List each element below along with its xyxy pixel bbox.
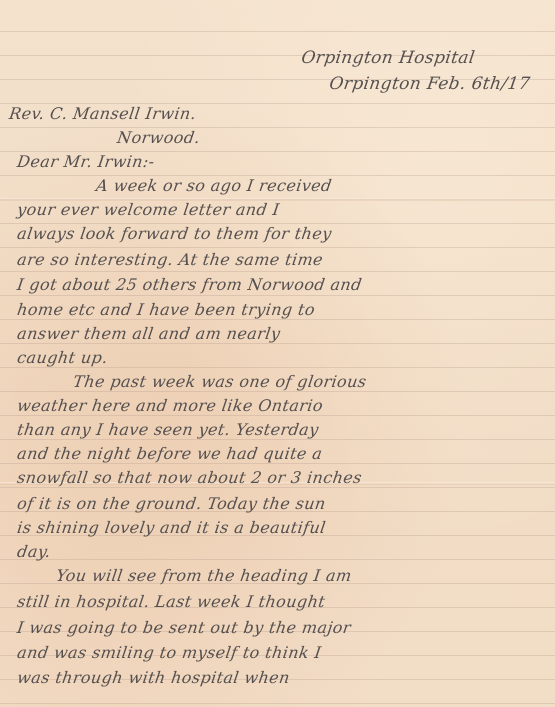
letter-line: answer them all and am nearly xyxy=(16,324,282,343)
letter-line: The past week was one of glorious xyxy=(72,372,368,391)
letter-line: I got about 25 others from Norwood and xyxy=(16,275,363,294)
letter-line: and the night before we had quite a xyxy=(16,444,324,463)
letter-line: caught up. xyxy=(16,348,109,367)
letter-heading-place: Orpington Hospital xyxy=(300,48,476,68)
letter-line: I was going to be sent out by the major xyxy=(16,618,352,637)
letter-heading-date: Orpington Feb. 6th/17 xyxy=(328,74,531,94)
recipient-name: Rev. C. Mansell Irwin. xyxy=(8,104,198,123)
letter-line: A week or so ago I received xyxy=(95,176,333,195)
letter-line: your ever welcome letter and I xyxy=(16,200,281,219)
letter-line: You will see from the heading I am xyxy=(55,566,353,585)
letter-line: was through with hospital when xyxy=(16,668,291,687)
letter-line: always look forward to them for they xyxy=(16,224,333,243)
letter-line: home etc and I have been trying to xyxy=(16,300,316,319)
letter-line: are so interesting. At the same time xyxy=(16,250,324,269)
letter-line: of it is on the ground. Today the sun xyxy=(16,494,327,513)
salutation: Dear Mr. Irwin:- xyxy=(16,152,156,171)
letter-page: Orpington Hospital Orpington Feb. 6th/17… xyxy=(0,0,555,707)
letter-line: than any I have seen yet. Yesterday xyxy=(16,420,320,439)
letter-line: still in hospital. Last week I thought xyxy=(16,592,327,611)
letter-line: snowfall so that now about 2 or 3 inches xyxy=(16,468,363,487)
letter-line: is shining lovely and it is a beautiful xyxy=(16,518,327,537)
letter-line: day. xyxy=(16,542,52,561)
recipient-place: Norwood. xyxy=(116,128,201,147)
letter-line: and was smiling to myself to think I xyxy=(16,643,323,662)
letter-line: weather here and more like Ontario xyxy=(16,396,324,415)
